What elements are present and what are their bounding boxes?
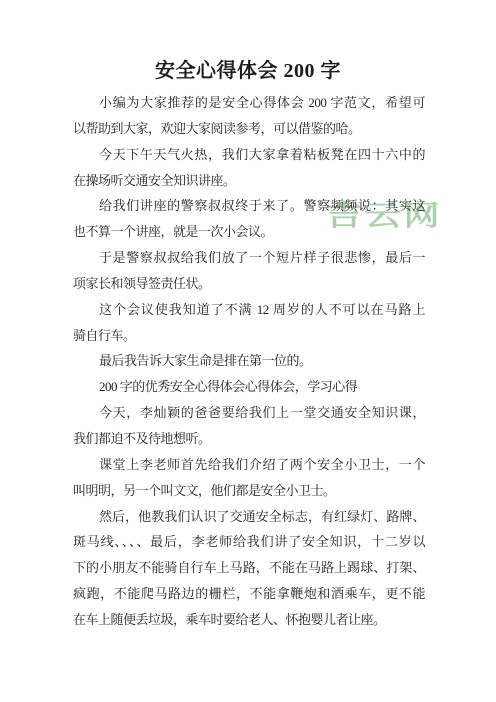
text-line: 小编为大家推荐的是安全心得体会 200 字范文，希望可 [73, 90, 425, 116]
paragraph: 小编为大家推荐的是安全心得体会 200 字范文，希望可 以帮助到大家，欢迎大家阅… [73, 90, 425, 142]
text-line: 200 字的优秀安全心得体会心得体会，学习心得 [73, 374, 425, 400]
text-line: 项家长和领导签责任状。 [73, 271, 425, 297]
paragraph: 今天，李灿颖的爸爸要给我们上一堂交通安全知识课， 我们都迫不及待地想听。 [73, 400, 425, 452]
text-line: 以帮助到大家，欢迎大家阅读参考，可以借鉴的哈。 [73, 116, 425, 142]
paragraph: 最后我告诉大家生命是排在第一位的。 [73, 348, 425, 374]
text-line: 这个会议使我知道了不满 12 周岁的人不可以在马路上 [73, 297, 425, 323]
text-line: 在操场听交通安全知识讲座。 [73, 168, 425, 194]
text-line: 在车上随便丢垃圾，乘车时要给老人、怀抱婴儿者让座。 [73, 607, 425, 633]
text-line: 今天下午天气火热，我们大家拿着粘板凳在四十六中的 [73, 142, 425, 168]
text-line: 也不算一个讲座，就是一次小会议。 [73, 219, 425, 245]
text-line: 今天，李灿颖的爸爸要给我们上一堂交通安全知识课， [73, 400, 425, 426]
text-line: 于是警察叔叔给我们放了一个短片样子很悲惨，最后一 [73, 245, 425, 271]
document-page: 吉云网 安全心得体会 200 字 小编为大家推荐的是安全心得体会 200 字范文… [0, 0, 496, 702]
document-body: 小编为大家推荐的是安全心得体会 200 字范文，希望可 以帮助到大家，欢迎大家阅… [73, 90, 425, 633]
paragraph: 今天下午天气火热，我们大家拿着粘板凳在四十六中的 在操场听交通安全知识讲座。 [73, 142, 425, 194]
paragraph: 于是警察叔叔给我们放了一个短片样子很悲惨，最后一 项家长和领导签责任状。 [73, 245, 425, 297]
text-line: 叫明明，另一个叫文文，他们都是安全小卫士。 [73, 478, 425, 504]
paragraph: 这个会议使我知道了不满 12 周岁的人不可以在马路上 骑自行车。 [73, 297, 425, 349]
paragraph: 200 字的优秀安全心得体会心得体会，学习心得 [73, 374, 425, 400]
text-line: 骑自行车。 [73, 323, 425, 349]
text-line: 我们都迫不及待地想听。 [73, 426, 425, 452]
text-line: 最后我告诉大家生命是排在第一位的。 [73, 348, 425, 374]
paragraph: 给我们讲座的警察叔叔终于来了。警察频频说：其实这 也不算一个讲座，就是一次小会议… [73, 193, 425, 245]
paragraph: 然后，他教我们认识了交通安全标志，有红绿灯、路牌、 斑马线、、、、最后，李老师给… [73, 504, 425, 633]
text-line: 给我们讲座的警察叔叔终于来了。警察频频说：其实这 [73, 193, 425, 219]
paragraph: 课堂上李老师首先给我们介绍了两个安全小卫士，一个 叫明明，另一个叫文文，他们都是… [73, 452, 425, 504]
text-line: 疯跑，不能爬马路边的栅栏，不能拿鞭炮和酒乘车，更不能 [73, 581, 425, 607]
document-title: 安全心得体会 200 字 [0, 54, 496, 83]
text-line: 然后，他教我们认识了交通安全标志，有红绿灯、路牌、 [73, 504, 425, 530]
text-line: 斑马线、、、、最后，李老师给我们讲了安全知识，十二岁以 [73, 529, 425, 555]
text-line: 课堂上李老师首先给我们介绍了两个安全小卫士，一个 [73, 452, 425, 478]
text-line: 下的小朋友不能骑自行车上马路，不能在马路上踢球、打架、 [73, 555, 425, 581]
